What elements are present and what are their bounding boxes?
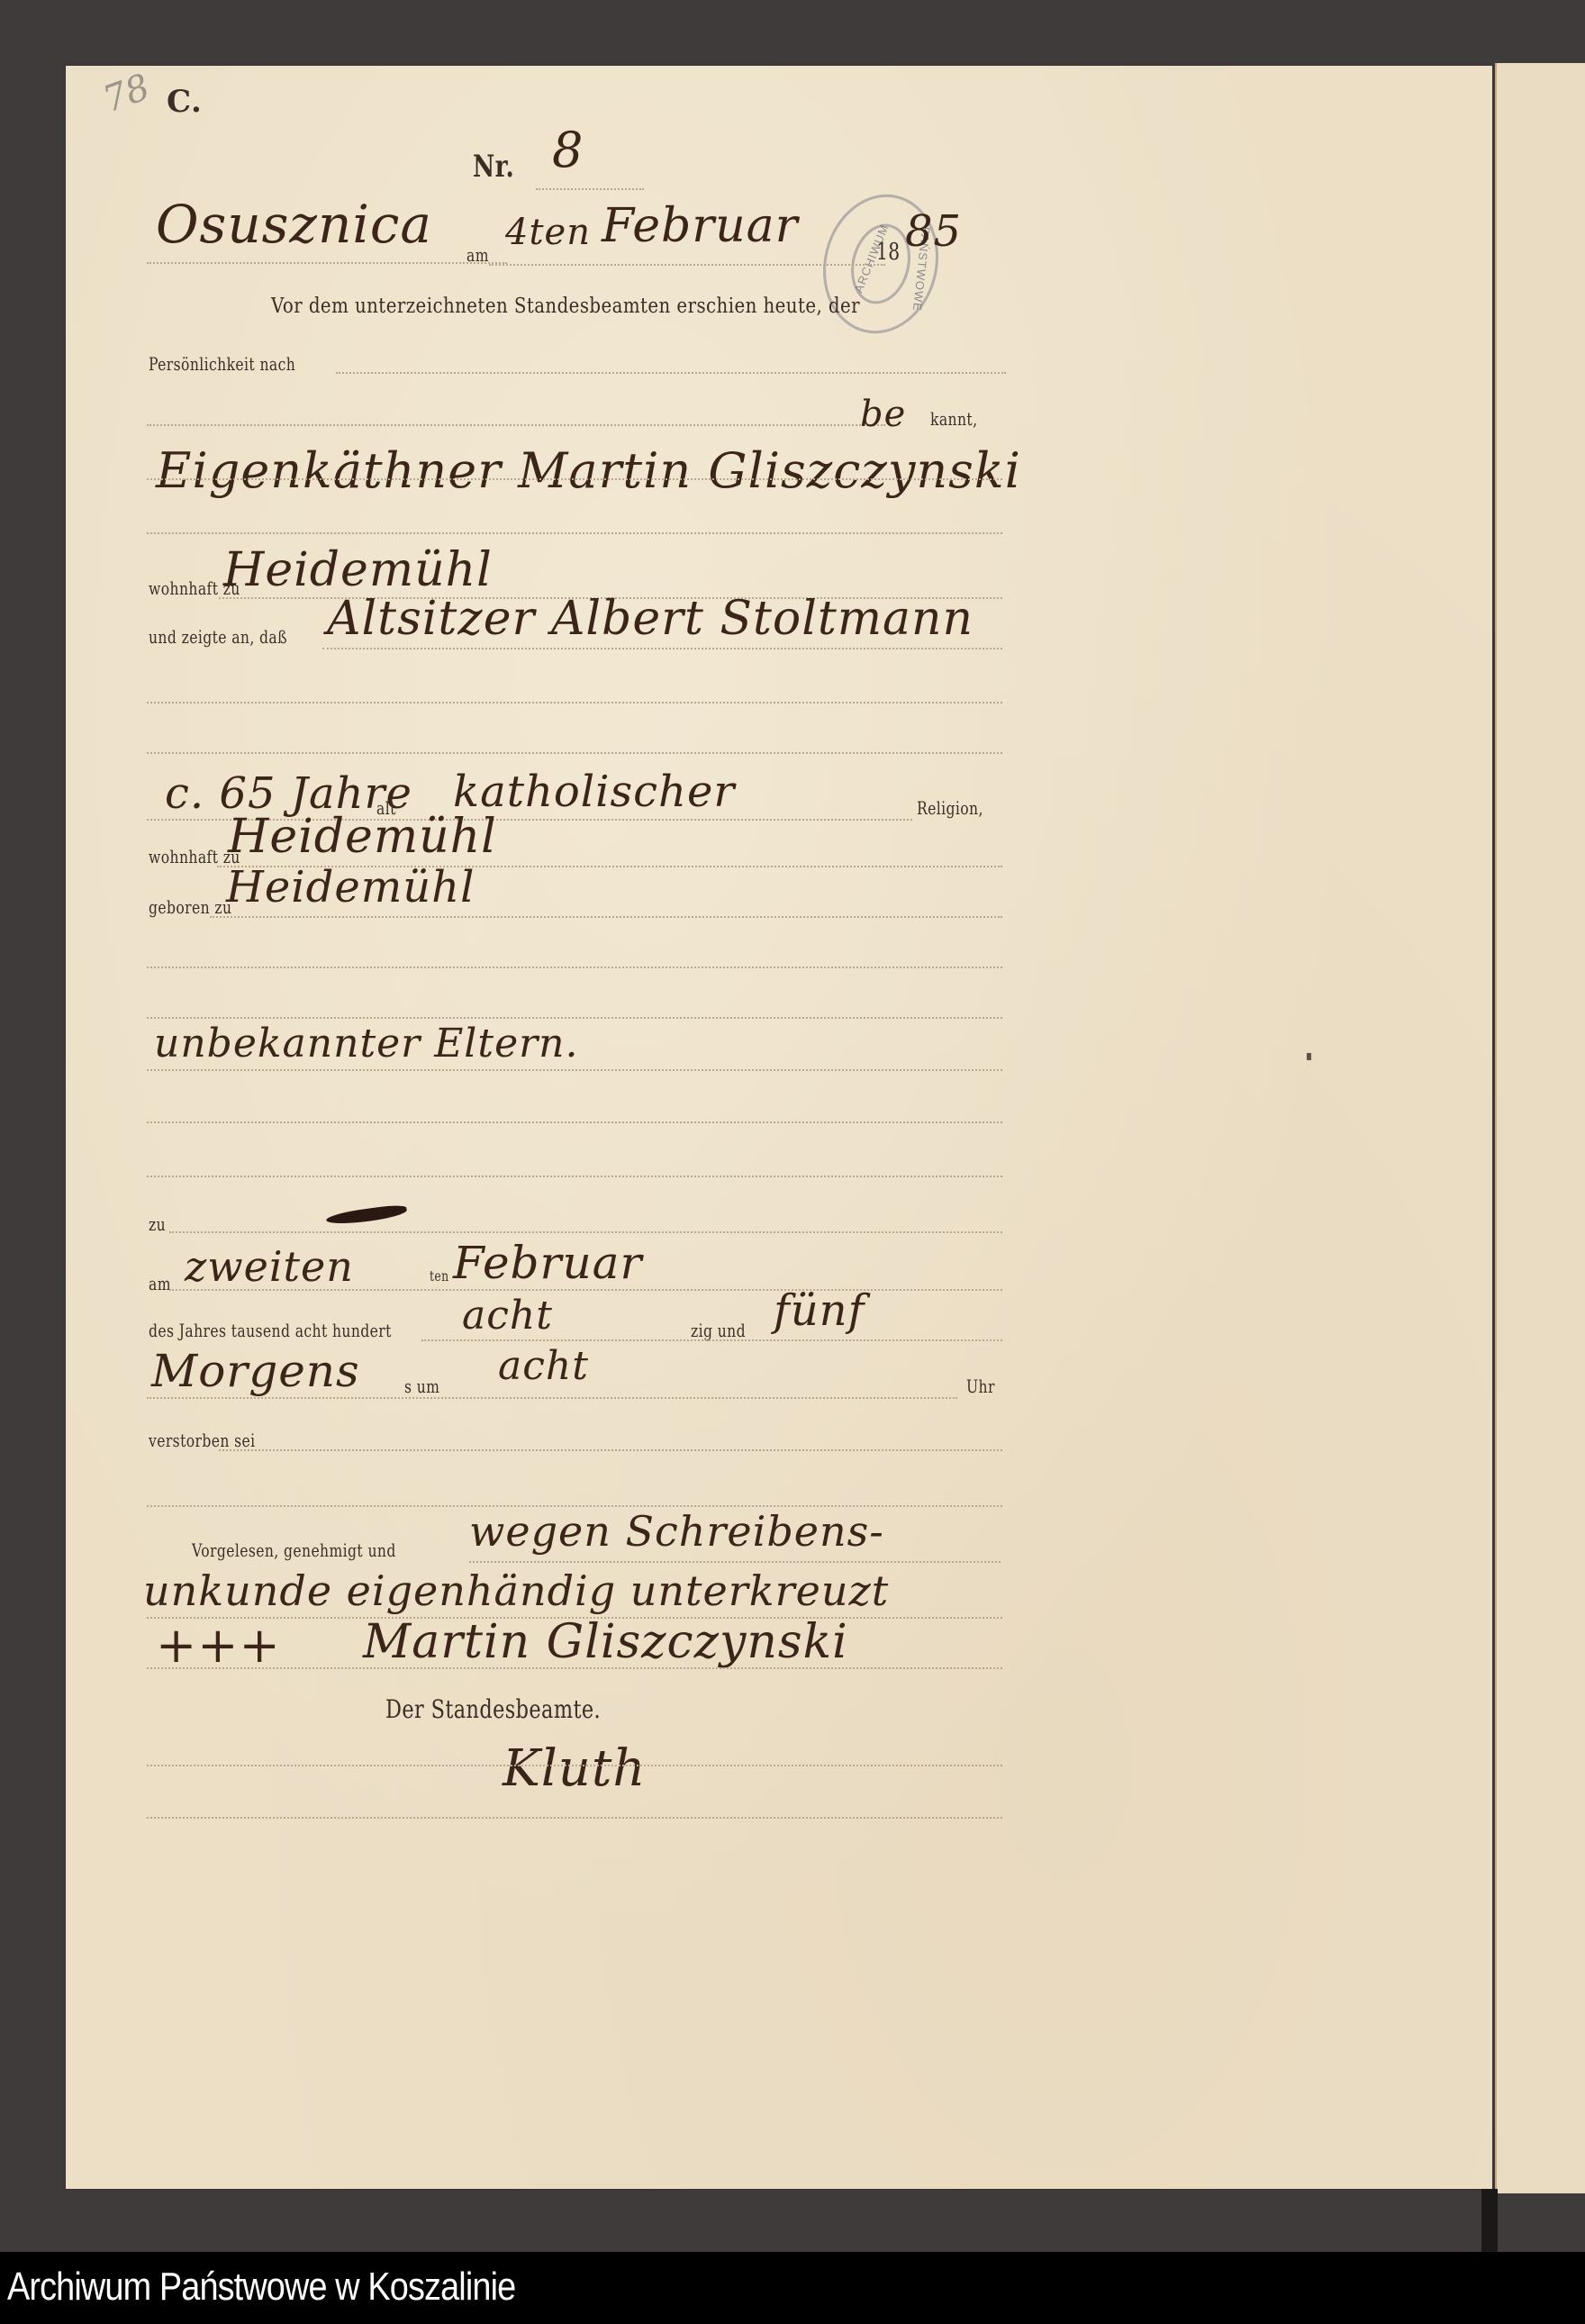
death-day-label: am: [149, 1273, 171, 1294]
line-14: [147, 1017, 1002, 1019]
facing-page-edge: [1495, 63, 1585, 2193]
archive-banner-text: Archiwum Państwowe w Koszalinie: [7, 2265, 515, 2310]
line-5: [147, 532, 1002, 534]
deceased-residence: Heidemühl: [228, 810, 497, 864]
document-page: 78 C. Nr. 8 ARCHIWUM PAŃSTWOWE Osusznica…: [66, 66, 1492, 2189]
date-month: Februar: [602, 199, 799, 253]
deceased-name: Altsitzer Albert Stoltmann: [327, 592, 974, 646]
place-line: [147, 262, 507, 264]
death-day: zweiten: [185, 1242, 354, 1291]
date-day: 4ten: [505, 212, 591, 253]
form-letter: C.: [167, 84, 202, 120]
cross-marks: +++: [156, 1617, 281, 1674]
year-suffix: 85: [905, 206, 962, 257]
record-number: 8: [552, 122, 584, 178]
line-9: [147, 752, 1002, 754]
informant-residence: Heidemühl: [223, 543, 493, 597]
line-2: [336, 372, 1006, 374]
closing-line-2: unkunde eigenhändig unterkreuzt: [143, 1566, 889, 1615]
persoenlichkeit-label: Persönlichkeit nach: [149, 353, 295, 375]
died-label: verstorben sei: [149, 1430, 256, 1451]
year-prefix: 18: [876, 239, 901, 266]
at-label: zu: [149, 1213, 166, 1235]
year-phrase-label: des Jahres tausend acht hundert: [149, 1320, 392, 1341]
closing-line-1: wegen Schreibens-: [469, 1507, 884, 1556]
line-24: [469, 1561, 1001, 1563]
closing-label: Vorgelesen, genehmigt und: [192, 1539, 396, 1561]
official-signature: Kluth: [503, 1739, 646, 1798]
death-hour: acht: [498, 1343, 589, 1389]
s-um-label: s um: [404, 1375, 439, 1397]
pencil-annotation: 78: [98, 67, 156, 122]
signatory-name: Martin Gliszczynski: [363, 1615, 848, 1669]
am-label: am: [466, 244, 489, 266]
number-line: [536, 188, 644, 190]
number-label: Nr.: [473, 149, 514, 185]
parents-note: unbekannter Eltern.: [154, 1021, 578, 1067]
line-21: [147, 1397, 957, 1399]
religion-label: Religion,: [917, 797, 983, 819]
line-15: [147, 1069, 1002, 1071]
ink-blot: [325, 1203, 407, 1227]
time-of-day: Morgens: [151, 1345, 360, 1397]
line-22: [219, 1449, 1002, 1451]
birthplace: Heidemühl: [226, 862, 475, 912]
uhr-label: Uhr: [966, 1375, 995, 1397]
zig-und-label: zig und: [691, 1320, 746, 1341]
paper-speck: [1307, 1053, 1311, 1060]
line-17: [147, 1176, 1002, 1177]
page-fold-shadow: [1481, 2189, 1498, 2252]
place-name: Osusznica: [156, 194, 432, 255]
line-8: [147, 702, 1002, 704]
known-label: kannt,: [930, 408, 977, 430]
line-20: [421, 1339, 1002, 1341]
year-tens: acht: [462, 1293, 553, 1339]
death-month: Februar: [453, 1237, 642, 1289]
known-prefix: be: [860, 394, 906, 435]
official-title: Der Standesbeamte.: [385, 1694, 601, 1724]
ten-label: ten: [430, 1267, 449, 1285]
line-13: [147, 967, 1002, 968]
line-18: [169, 1231, 1002, 1233]
intro-line: Vor dem unterzeichneten Standesbeamten e…: [271, 295, 860, 318]
line-19: [169, 1289, 1002, 1291]
line-16: [147, 1121, 1002, 1123]
archive-banner: Archiwum Państwowe w Koszalinie: [0, 2252, 1585, 2324]
reported-label: und zeigte an, daß: [149, 626, 287, 648]
informant-name: Eigenkäthner Martin Gliszczynski: [156, 442, 1021, 499]
year-units: fünf: [774, 1285, 865, 1336]
date-line: [489, 264, 885, 266]
birthplace-label: geboren zu: [149, 896, 231, 918]
line-27: [147, 1765, 1002, 1766]
line-7: [322, 648, 1002, 649]
line-26: [147, 1667, 1002, 1669]
line-3: [147, 424, 885, 426]
line-12: [210, 916, 1002, 918]
line-28: [147, 1817, 1002, 1819]
line-4: [147, 478, 1002, 480]
